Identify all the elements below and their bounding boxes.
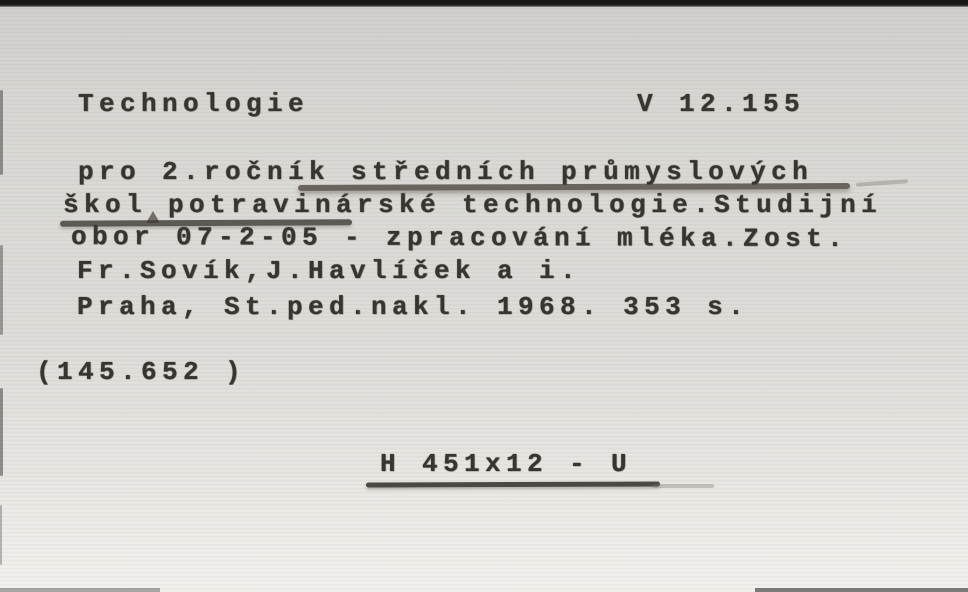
series-number: (145.652 ): [36, 356, 246, 388]
scan-bottom-edge-smudge: [755, 588, 968, 592]
pencil-underline-tail: [856, 179, 908, 187]
catalog-card: Technologie V 12.155 pro 2.ročník středn…: [0, 0, 968, 592]
card-heading: Technologie: [78, 88, 309, 120]
author-line: Fr.Sovík,J.Havlíček a i.: [77, 255, 581, 287]
bibliographic-line: pro 2.ročník středních průmyslových: [78, 156, 813, 188]
bibliographic-line: obor 07-2-05 - zpracování mléka.Zost.: [71, 221, 848, 255]
imprint-line: Praha, St.ped.nakl. 1968. 353 s.: [77, 291, 749, 323]
call-number: V 12.155: [637, 88, 805, 120]
bibliographic-line: škol potravinárské technologie.Studijní: [63, 189, 882, 221]
scan-left-edge-smudge: [0, 388, 3, 476]
scan-left-edge-smudge: [0, 505, 2, 565]
pencil-underline-tail: [652, 484, 714, 488]
scan-left-edge-smudge: [0, 245, 3, 335]
scan-bottom-edge-smudge: [0, 588, 160, 592]
pencil-underline-shelf-mark: [366, 481, 660, 487]
shelf-mark: H 451x12 - U: [380, 448, 632, 480]
scan-top-edge: [0, 0, 968, 7]
scan-left-edge-smudge: [0, 90, 3, 175]
